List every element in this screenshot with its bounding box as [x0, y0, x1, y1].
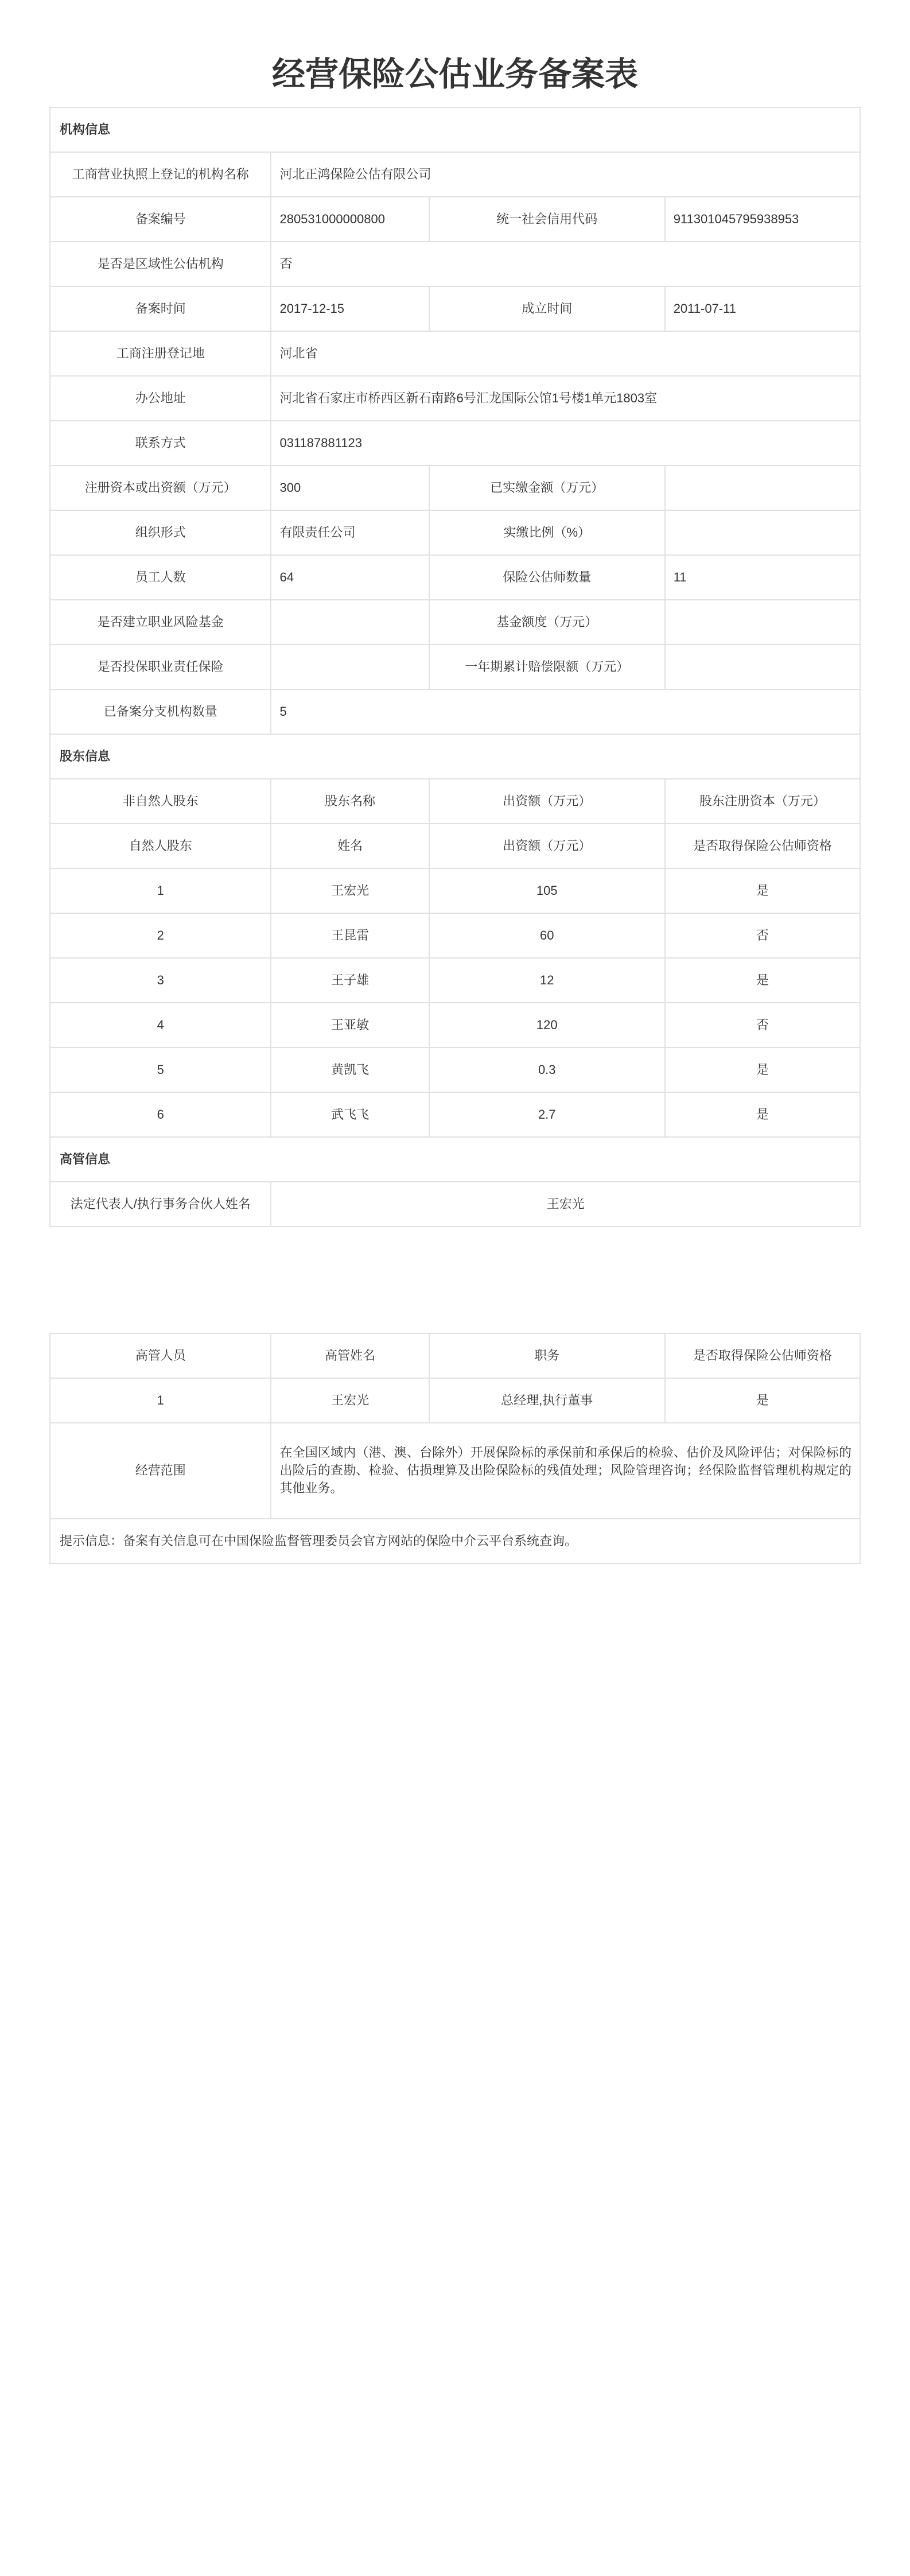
annual-limit-label: 一年期累计赔偿限额（万元） — [429, 645, 665, 689]
filing-date-label: 备案时间 — [50, 286, 271, 331]
shareholder-name: 王昆雷 — [271, 913, 429, 958]
paid-ratio-value — [665, 510, 860, 555]
shareholder-qualified: 是 — [665, 1048, 860, 1092]
assessors-label: 保险公估师数量 — [429, 555, 665, 600]
exec-position-col: 职务 — [429, 1333, 665, 1378]
business-scope-label: 经营范围 — [50, 1423, 271, 1519]
shareholder-name: 王亚敏 — [271, 1003, 429, 1048]
legal-rep-row: 法定代表人/执行事务合伙人姓名 王宏光 — [50, 1182, 860, 1227]
corp-shareholder-col: 非自然人股东 — [50, 779, 271, 824]
regional-row: 是否是区域性公估机构 否 — [50, 242, 860, 286]
shareholders-section-row: 股东信息 — [50, 734, 860, 779]
established-value: 2011-07-11 — [665, 286, 860, 331]
shareholder-qualified: 是 — [665, 868, 860, 913]
org-name-row: 工商营业执照上登记的机构名称 河北正鸿保险公估有限公司 — [50, 152, 860, 197]
shareholder-amount: 2.7 — [429, 1092, 665, 1137]
filing-no-label: 备案编号 — [50, 197, 271, 242]
fund-amount-value — [665, 600, 860, 645]
shareholder-name: 武飞飞 — [271, 1092, 429, 1137]
shareholder-row: 2 王昆雷 60 否 — [50, 913, 860, 958]
liability-ins-row: 是否投保职业责任保险 一年期累计赔偿限额（万元） — [50, 645, 860, 689]
notice-text: 提示信息：备案有关信息可在中国保险监督管理委员会官方网站的保险中介云平台系统查询… — [50, 1519, 860, 1564]
shareholder-index: 1 — [50, 868, 271, 913]
liability-ins-label: 是否投保职业责任保险 — [50, 645, 271, 689]
exec-header-row: 高管人员 高管姓名 职务 是否取得保险公估师资格 — [50, 1333, 860, 1378]
branches-label: 已备案分支机构数量 — [50, 689, 271, 734]
assessors-value: 11 — [665, 555, 860, 600]
shareholder-row: 5 黄凯飞 0.3 是 — [50, 1048, 860, 1092]
shareholder-index: 3 — [50, 958, 271, 1003]
filing-no-value: 280531000000800 — [271, 197, 429, 242]
shareholder-amount: 120 — [429, 1003, 665, 1048]
shareholder-amount: 105 — [429, 868, 665, 913]
reg-place-label: 工商注册登记地 — [50, 331, 271, 376]
bottom-spacer — [0, 1564, 910, 2540]
paid-ratio-label: 实缴比例（%） — [429, 510, 665, 555]
exec-name: 王宏光 — [271, 1378, 429, 1423]
org-form-label: 组织形式 — [50, 510, 271, 555]
exec-qualified: 是 — [665, 1378, 860, 1423]
contact-value: 031187881123 — [271, 421, 860, 465]
reg-place-row: 工商注册登记地 河北省 — [50, 331, 860, 376]
page-title: 经营保险公估业务备案表 — [0, 55, 910, 94]
shareholder-qualified: 否 — [665, 913, 860, 958]
shareholder-index: 5 — [50, 1048, 271, 1092]
shareholder-qualified: 否 — [665, 1003, 860, 1048]
corp-amount-col: 出资额（万元） — [429, 779, 665, 824]
established-label: 成立时间 — [429, 286, 665, 331]
person-name-col: 姓名 — [271, 824, 429, 868]
business-scope-row: 经营范围 在全国区域内（港、澳、台除外）开展保险标的承保前和承保后的检验、估价及… — [50, 1423, 860, 1519]
office-addr-value: 河北省石家庄市桥西区新石南路6号汇龙国际公馆1号楼1单元1803室 — [271, 376, 860, 421]
reg-place-value: 河北省 — [271, 331, 860, 376]
shareholder-qualified: 是 — [665, 958, 860, 1003]
regional-value: 否 — [271, 242, 860, 286]
reg-capital-row: 注册资本或出资额（万元） 300 已实缴金额（万元） — [50, 465, 860, 510]
filing-date-value: 2017-12-15 — [271, 286, 429, 331]
exec-name-col: 高管姓名 — [271, 1333, 429, 1378]
shareholder-row: 1 王宏光 105 是 — [50, 868, 860, 913]
employees-label: 员工人数 — [50, 555, 271, 600]
person-shareholder-header-row: 自然人股东 姓名 出资额（万元） 是否取得保险公估师资格 — [50, 824, 860, 868]
risk-fund-label: 是否建立职业风险基金 — [50, 600, 271, 645]
shareholder-amount: 0.3 — [429, 1048, 665, 1092]
shareholder-amount: 12 — [429, 958, 665, 1003]
page: 经营保险公估业务备案表 机构信息 工商营业执照上登记的机构名称 河北正鸿保险公估… — [0, 0, 910, 2576]
tables-gap — [49, 1227, 861, 1333]
liability-ins-value — [271, 645, 429, 689]
shareholder-qualified: 是 — [665, 1092, 860, 1137]
org-form-value: 有限责任公司 — [271, 510, 429, 555]
corp-capital-col: 股东注册资本（万元） — [665, 779, 860, 824]
office-addr-label: 办公地址 — [50, 376, 271, 421]
paid-in-value — [665, 465, 860, 510]
credit-code-value: 911301045795938953 — [665, 197, 860, 242]
org-name-value: 河北正鸿保险公估有限公司 — [271, 152, 860, 197]
shareholder-name: 黄凯飞 — [271, 1048, 429, 1092]
business-scope-value: 在全国区域内（港、澳、台除外）开展保险标的承保前和承保后的检验、估价及风险评估；… — [271, 1423, 860, 1519]
annual-limit-value — [665, 645, 860, 689]
legal-rep-value: 王宏光 — [271, 1182, 860, 1227]
person-qualified-col: 是否取得保险公估师资格 — [665, 824, 860, 868]
exec-row: 1 王宏光 总经理,执行董事 是 — [50, 1378, 860, 1423]
exec-index: 1 — [50, 1378, 271, 1423]
shareholder-row: 4 王亚敏 120 否 — [50, 1003, 860, 1048]
risk-fund-row: 是否建立职业风险基金 基金额度（万元） — [50, 600, 860, 645]
legal-rep-label: 法定代表人/执行事务合伙人姓名 — [50, 1182, 271, 1227]
branches-value: 5 — [271, 689, 860, 734]
employees-value: 64 — [271, 555, 429, 600]
reg-capital-label: 注册资本或出资额（万元） — [50, 465, 271, 510]
shareholder-amount: 60 — [429, 913, 665, 958]
executives-section-title: 高管信息 — [50, 1137, 860, 1182]
risk-fund-value — [271, 600, 429, 645]
contact-label: 联系方式 — [50, 421, 271, 465]
org-name-label: 工商营业执照上登记的机构名称 — [50, 152, 271, 197]
filing-date-row: 备案时间 2017-12-15 成立时间 2011-07-11 — [50, 286, 860, 331]
shareholder-name: 王宏光 — [271, 868, 429, 913]
filing-no-row: 备案编号 280531000000800 统一社会信用代码 9113010457… — [50, 197, 860, 242]
org-form-row: 组织形式 有限责任公司 实缴比例（%） — [50, 510, 860, 555]
executive-table: 高管人员 高管姓名 职务 是否取得保险公估师资格 1 王宏光 总经理,执行董事 … — [49, 1333, 861, 1564]
institution-table: 机构信息 工商营业执照上登记的机构名称 河北正鸿保险公估有限公司 备案编号 28… — [49, 107, 861, 1227]
person-amount-col: 出资额（万元） — [429, 824, 665, 868]
regional-label: 是否是区域性公估机构 — [50, 242, 271, 286]
executives-section-row: 高管信息 — [50, 1137, 860, 1182]
shareholder-name: 王子雄 — [271, 958, 429, 1003]
exec-qualified-col: 是否取得保险公估师资格 — [665, 1333, 860, 1378]
branches-row: 已备案分支机构数量 5 — [50, 689, 860, 734]
shareholder-row: 3 王子雄 12 是 — [50, 958, 860, 1003]
org-section-row: 机构信息 — [50, 107, 860, 152]
corp-shareholder-header-row: 非自然人股东 股东名称 出资额（万元） 股东注册资本（万元） — [50, 779, 860, 824]
shareholders-section-title: 股东信息 — [50, 734, 860, 779]
office-addr-row: 办公地址 河北省石家庄市桥西区新石南路6号汇龙国际公馆1号楼1单元1803室 — [50, 376, 860, 421]
fund-amount-label: 基金额度（万元） — [429, 600, 665, 645]
person-shareholder-col: 自然人股东 — [50, 824, 271, 868]
credit-code-label: 统一社会信用代码 — [429, 197, 665, 242]
org-section-title: 机构信息 — [50, 107, 860, 152]
employees-row: 员工人数 64 保险公估师数量 11 — [50, 555, 860, 600]
content-area: 机构信息 工商营业执照上登记的机构名称 河北正鸿保险公估有限公司 备案编号 28… — [49, 107, 861, 1564]
contact-row: 联系方式 031187881123 — [50, 421, 860, 465]
shareholder-index: 6 — [50, 1092, 271, 1137]
notice-row: 提示信息：备案有关信息可在中国保险监督管理委员会官方网站的保险中介云平台系统查询… — [50, 1519, 860, 1564]
corp-name-col: 股东名称 — [271, 779, 429, 824]
exec-index-col: 高管人员 — [50, 1333, 271, 1378]
shareholder-row: 6 武飞飞 2.7 是 — [50, 1092, 860, 1137]
shareholder-index: 2 — [50, 913, 271, 958]
paid-in-label: 已实缴金额（万元） — [429, 465, 665, 510]
shareholder-index: 4 — [50, 1003, 271, 1048]
reg-capital-value: 300 — [271, 465, 429, 510]
exec-position: 总经理,执行董事 — [429, 1378, 665, 1423]
